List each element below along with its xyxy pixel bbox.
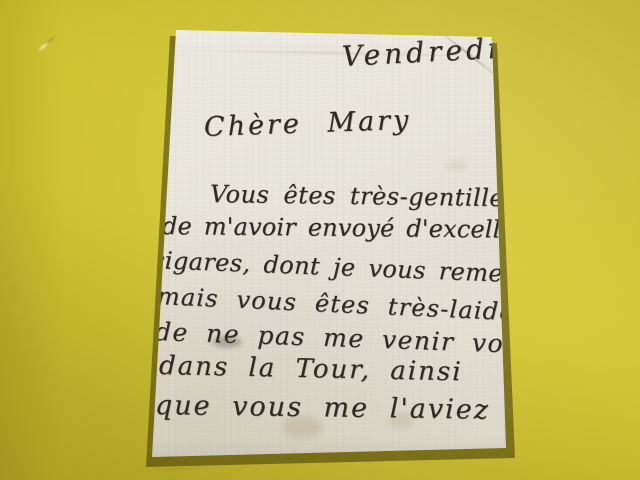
body-line: Vous êtes très-gentille <box>210 180 504 212</box>
body-line: dans la Tour, ainsi <box>159 351 463 387</box>
body-line: cigares, dont je vous remercie <box>150 246 551 289</box>
paper-stain <box>388 412 414 428</box>
paper-stain <box>446 160 466 172</box>
letter-photograph: Vendredi Chère Mary Vous êtes très-genti… <box>0 0 640 480</box>
paper-stain <box>282 416 322 438</box>
salutation-line: Chère Mary <box>203 105 411 143</box>
body-line: que vous me l'aviez <box>155 390 490 426</box>
paper-smudge <box>212 336 242 348</box>
paper-fold-crease <box>433 26 502 81</box>
date-line: Vendredi <box>341 32 502 73</box>
paper-fold-crease <box>180 49 480 56</box>
body-line: de m'avoir envoyé d'excellents <box>162 212 553 244</box>
body-line: mais vous êtes très-laide <box>156 282 515 326</box>
body-line: de ne pas me venir voir <box>154 317 527 359</box>
background-crease <box>36 34 57 54</box>
letter-paper: Vendredi Chère Mary Vous êtes très-genti… <box>0 0 640 480</box>
